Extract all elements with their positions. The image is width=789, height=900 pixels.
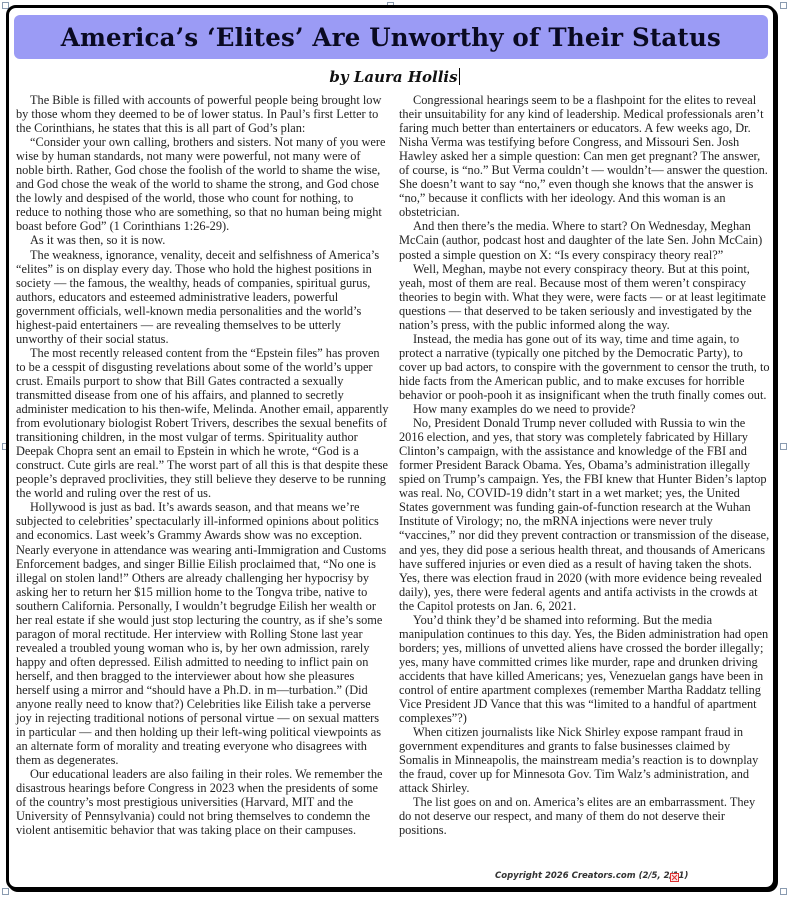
paragraph: As it was then, so it is now.: [16, 233, 389, 247]
byline[interactable]: by Laura Hollis: [0, 68, 789, 86]
article-title: America’s ‘Elites’ Are Unworthy of Their…: [61, 23, 721, 52]
article-column-left[interactable]: The Bible is filled with accounts of pow…: [16, 93, 389, 837]
paragraph: When citizen journalists like Nick Shirl…: [399, 725, 770, 795]
paragraph-quote: “Consider your own calling, brothers and…: [16, 135, 389, 233]
resize-handle-top-right[interactable]: [780, 2, 787, 9]
paragraph: The Bible is filled with accounts of pow…: [16, 93, 389, 135]
title-banner: America’s ‘Elites’ Are Unworthy of Their…: [14, 15, 768, 59]
article-column-right[interactable]: Congressional hearings seem to be a flas…: [399, 93, 770, 837]
paragraph: And then there’s the media. Where to sta…: [399, 219, 770, 261]
paragraph: The list goes on and on. America’s elite…: [399, 795, 770, 837]
resize-handle-middle-right[interactable]: [780, 443, 787, 450]
resize-handle-bottom-left[interactable]: [2, 888, 9, 895]
paragraph: The weakness, ignorance, venality, decei…: [16, 248, 389, 346]
paragraph: Our educational leaders are also failing…: [16, 767, 389, 837]
author-name: by Laura Hollis: [329, 68, 457, 86]
paragraph: No, President Donald Trump never collude…: [399, 416, 770, 613]
paragraph: The most recently released content from …: [16, 346, 389, 501]
paragraph: You’d think they’d be shamed into reform…: [399, 613, 770, 725]
paragraph: Hollywood is just as bad. It’s awards se…: [16, 500, 389, 767]
broken-image-icon[interactable]: [670, 873, 679, 882]
copyright-notice: Copyright 2026 Creators.com (2/5, 2/11): [495, 871, 688, 881]
paragraph: Well, Meghan, maybe not every conspiracy…: [399, 262, 770, 332]
paragraph: How many examples do we need to provide?: [399, 402, 770, 416]
text-cursor: [459, 68, 460, 85]
resize-handle-bottom-right[interactable]: [780, 888, 787, 895]
paragraph: Congressional hearings seem to be a flas…: [399, 93, 770, 219]
paragraph: Instead, the media has gone out of its w…: [399, 332, 770, 402]
